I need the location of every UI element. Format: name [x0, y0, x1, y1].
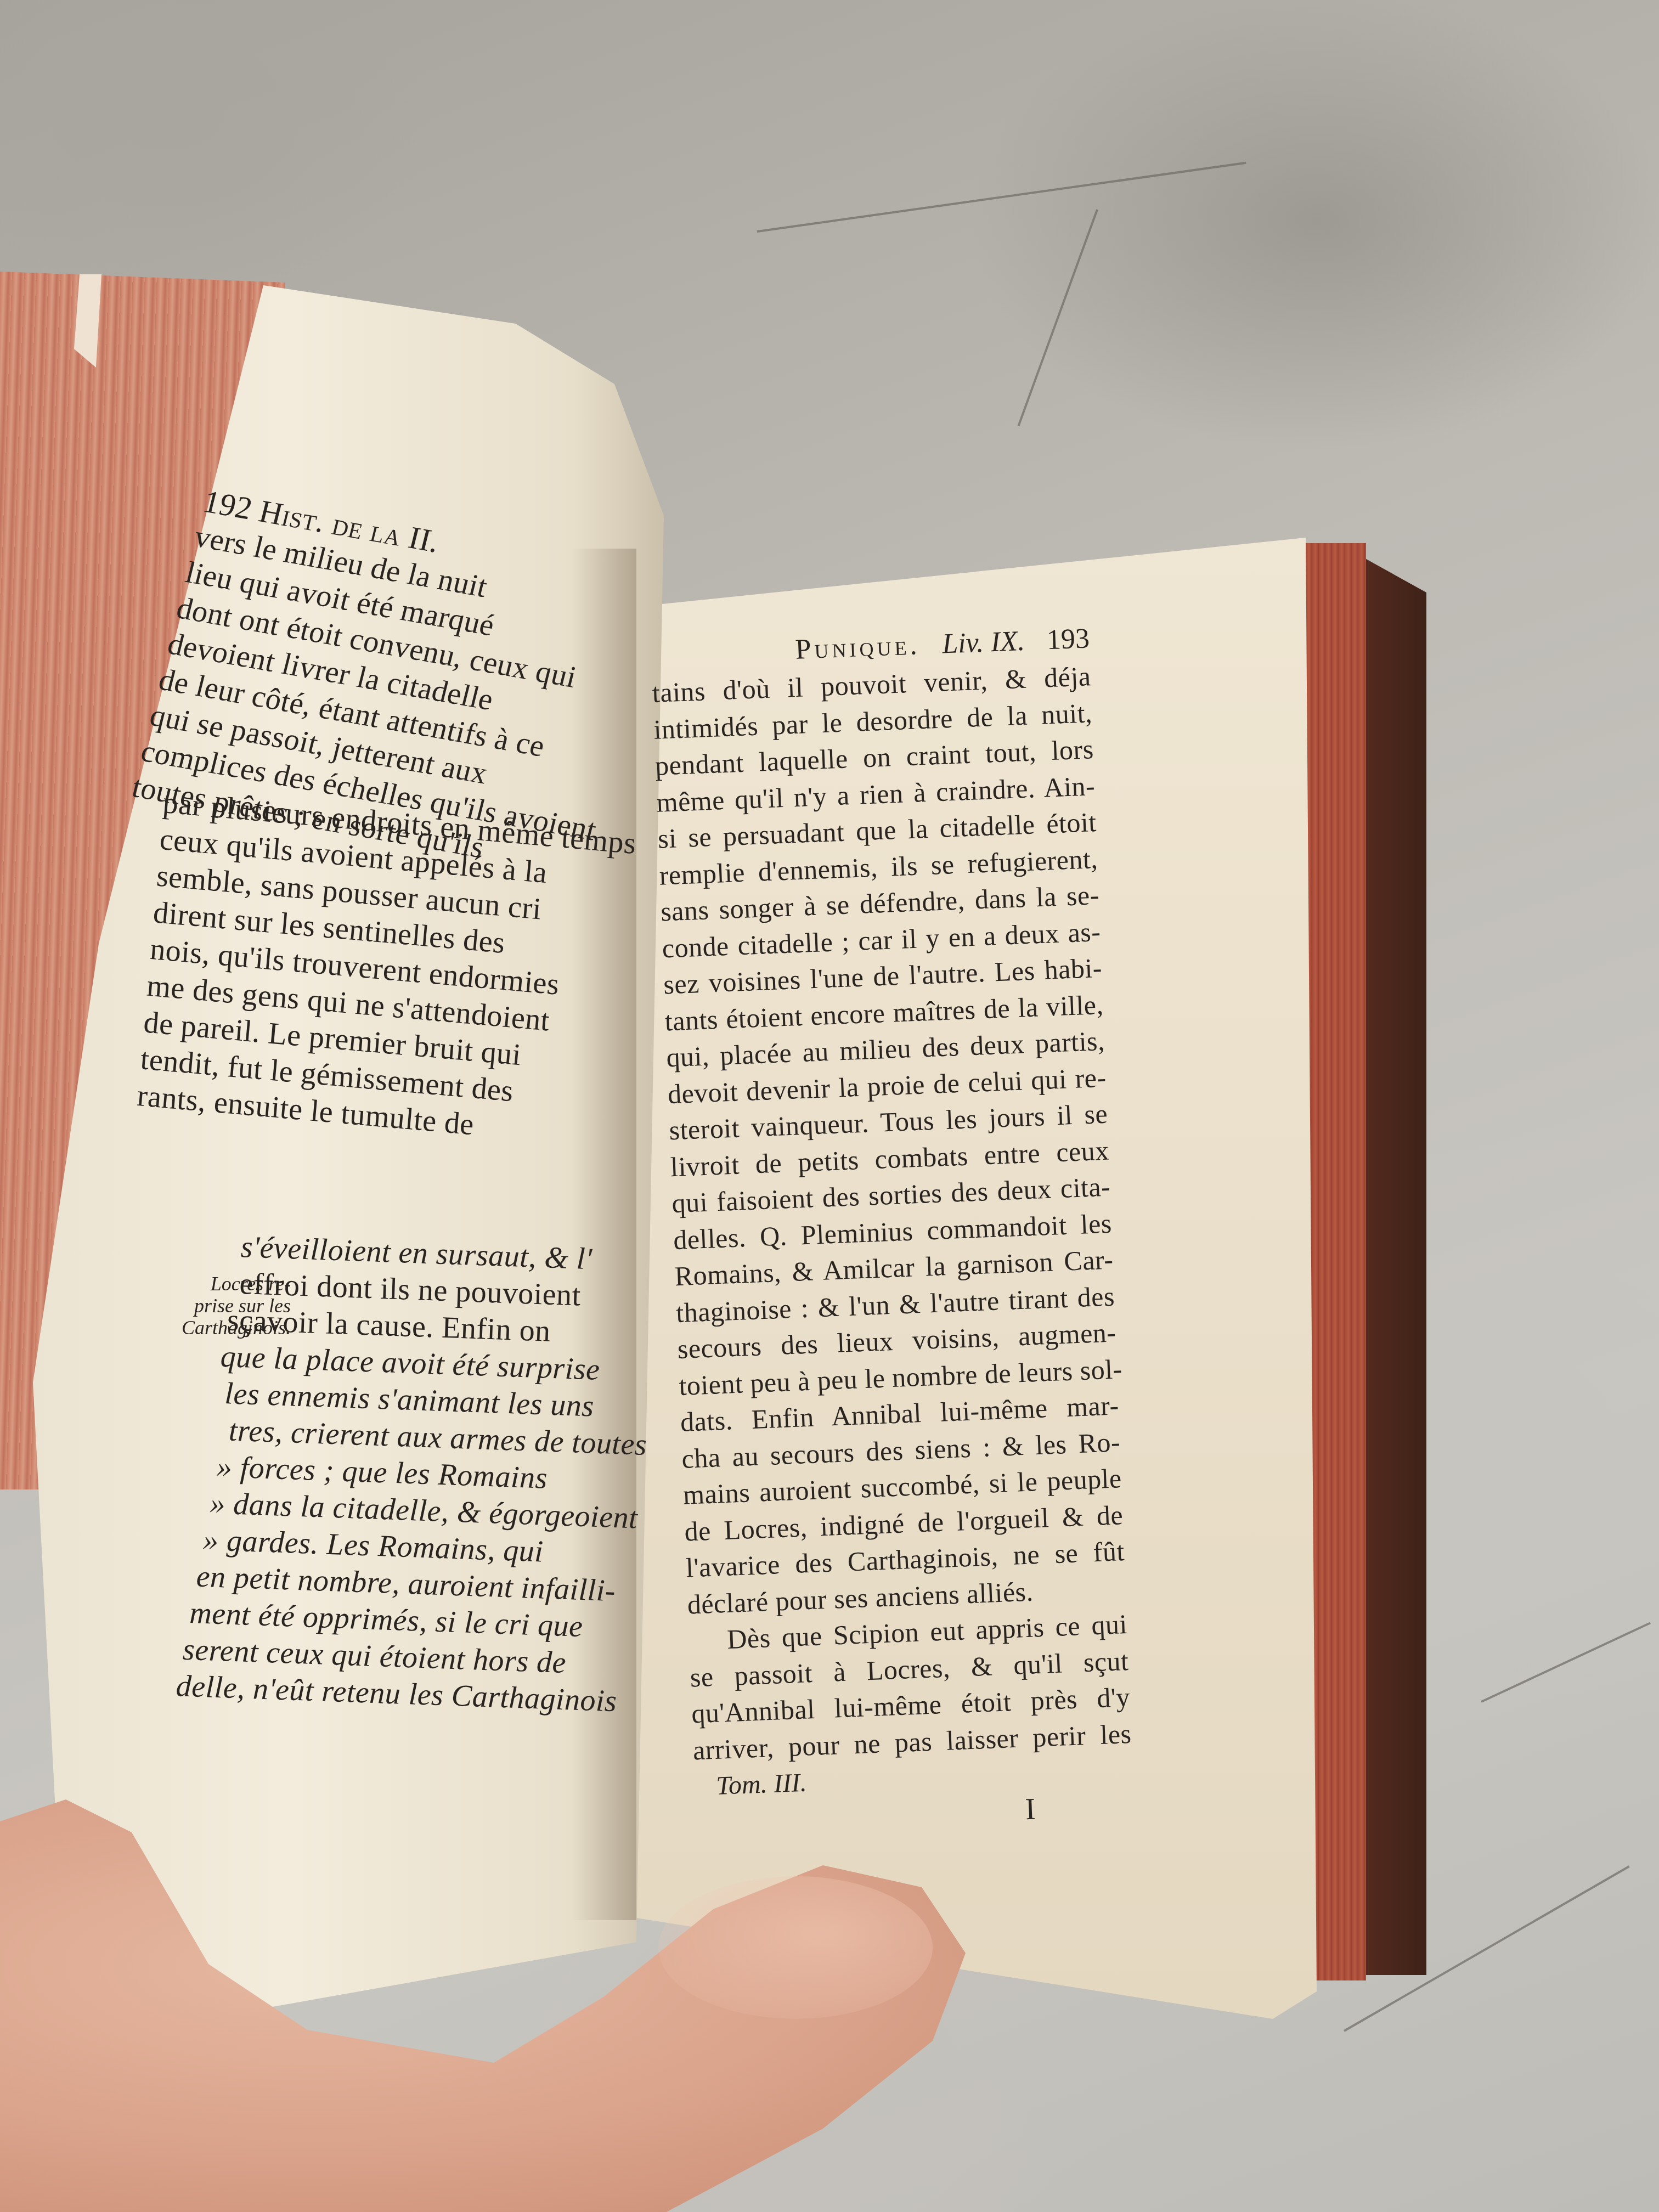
running-head-title: Punique.: [794, 626, 921, 669]
margin-note-line: Locres re-: [115, 1273, 291, 1295]
right-page-text: Punique. Liv. IX. 193 tains d'où il pouv…: [650, 619, 1135, 1839]
volume-signature: Tom. III.: [715, 1768, 809, 1839]
left-page-text-lower: par plusieurs endroits en même temps ceu…: [136, 785, 612, 1153]
margin-note-line: Carthaginois.: [115, 1317, 291, 1339]
signature-mark: I: [1025, 1792, 1036, 1827]
margin-note: Locres re- prise sur les Carthaginois.: [115, 1273, 291, 1339]
page-number: 193: [1046, 619, 1090, 659]
running-head-book: Liv. IX.: [941, 622, 1025, 664]
thumb-highlight: [658, 1876, 933, 2019]
photo-scene: Punique. Liv. IX. 193 tains d'où il pouv…: [0, 0, 1659, 2212]
margin-note-line: prise sur les: [115, 1295, 291, 1317]
left-page-text-bottom: s'éveilloient en sursaut, & l' effroi do…: [225, 1229, 691, 1722]
